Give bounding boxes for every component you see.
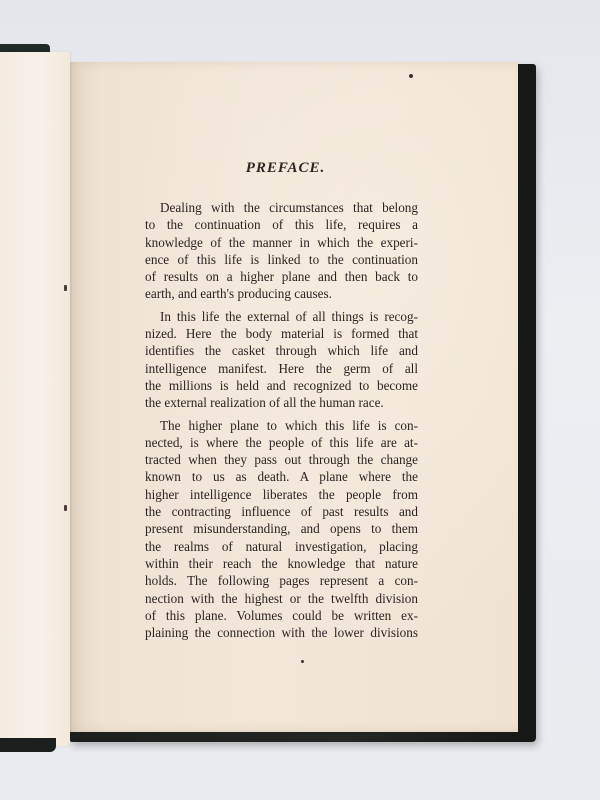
paper-speck: [301, 660, 304, 663]
text-line: nized. Here the body material is formed …: [145, 325, 418, 342]
text-line: intelligence manifest. Here the germ of …: [145, 360, 418, 377]
text-line: to the continuation of this life, requir…: [145, 216, 418, 233]
text-line: tracted when they pass out through the c…: [145, 451, 418, 468]
text-line: the contracting influence of past result…: [145, 503, 418, 520]
paragraph-3: The higher plane to which this life is c…: [145, 417, 418, 642]
text-line: the external realization of all the huma…: [145, 394, 418, 411]
text-line: Dealing with the circumstances that belo…: [145, 199, 418, 216]
text-line: nected, is where the people of this life…: [145, 434, 418, 451]
left-page: [0, 52, 70, 746]
binding-stitch: [64, 285, 67, 291]
text-line: present misunderstanding, and opens to t…: [145, 520, 418, 537]
paper-speck: [409, 74, 413, 78]
text-line: plaining the connection with the lower d…: [145, 624, 418, 641]
binding-stitch: [64, 505, 67, 511]
text-line: known to us as death. A plane where the: [145, 468, 418, 485]
text-line: the realms of natural investigation, pla…: [145, 538, 418, 555]
text-line: the millions is held and recognized to b…: [145, 377, 418, 394]
text-line: holds. The following pages represent a c…: [145, 572, 418, 589]
text-line: earth, and earth's producing causes.: [145, 285, 418, 302]
text-line: of this plane. Volumes could be written …: [145, 607, 418, 624]
text-line: In this life the external of all things …: [145, 308, 418, 325]
book-photo: PREFACE. Dealing with the circumstances …: [0, 0, 600, 800]
page-title: PREFACE.: [145, 160, 418, 177]
text-line: of results on a higher plane and then ba…: [145, 268, 418, 285]
text-line: ence of this life is linked to the conti…: [145, 251, 418, 268]
preface-text: PREFACE. Dealing with the circumstances …: [145, 160, 418, 646]
text-line: within their reach the knowledge that na…: [145, 555, 418, 572]
text-line: knowledge of the manner in which the exp…: [145, 234, 418, 251]
text-line: nection with the highest or the twelfth …: [145, 590, 418, 607]
text-line: The higher plane to which this life is c…: [145, 417, 418, 434]
text-line: identifies the casket through which life…: [145, 342, 418, 359]
left-cover-bottom-edge: [0, 738, 56, 752]
paragraph-2: In this life the external of all things …: [145, 308, 418, 412]
paragraph-1: Dealing with the circumstances that belo…: [145, 199, 418, 303]
text-line: higher intelligence liberates the people…: [145, 486, 418, 503]
